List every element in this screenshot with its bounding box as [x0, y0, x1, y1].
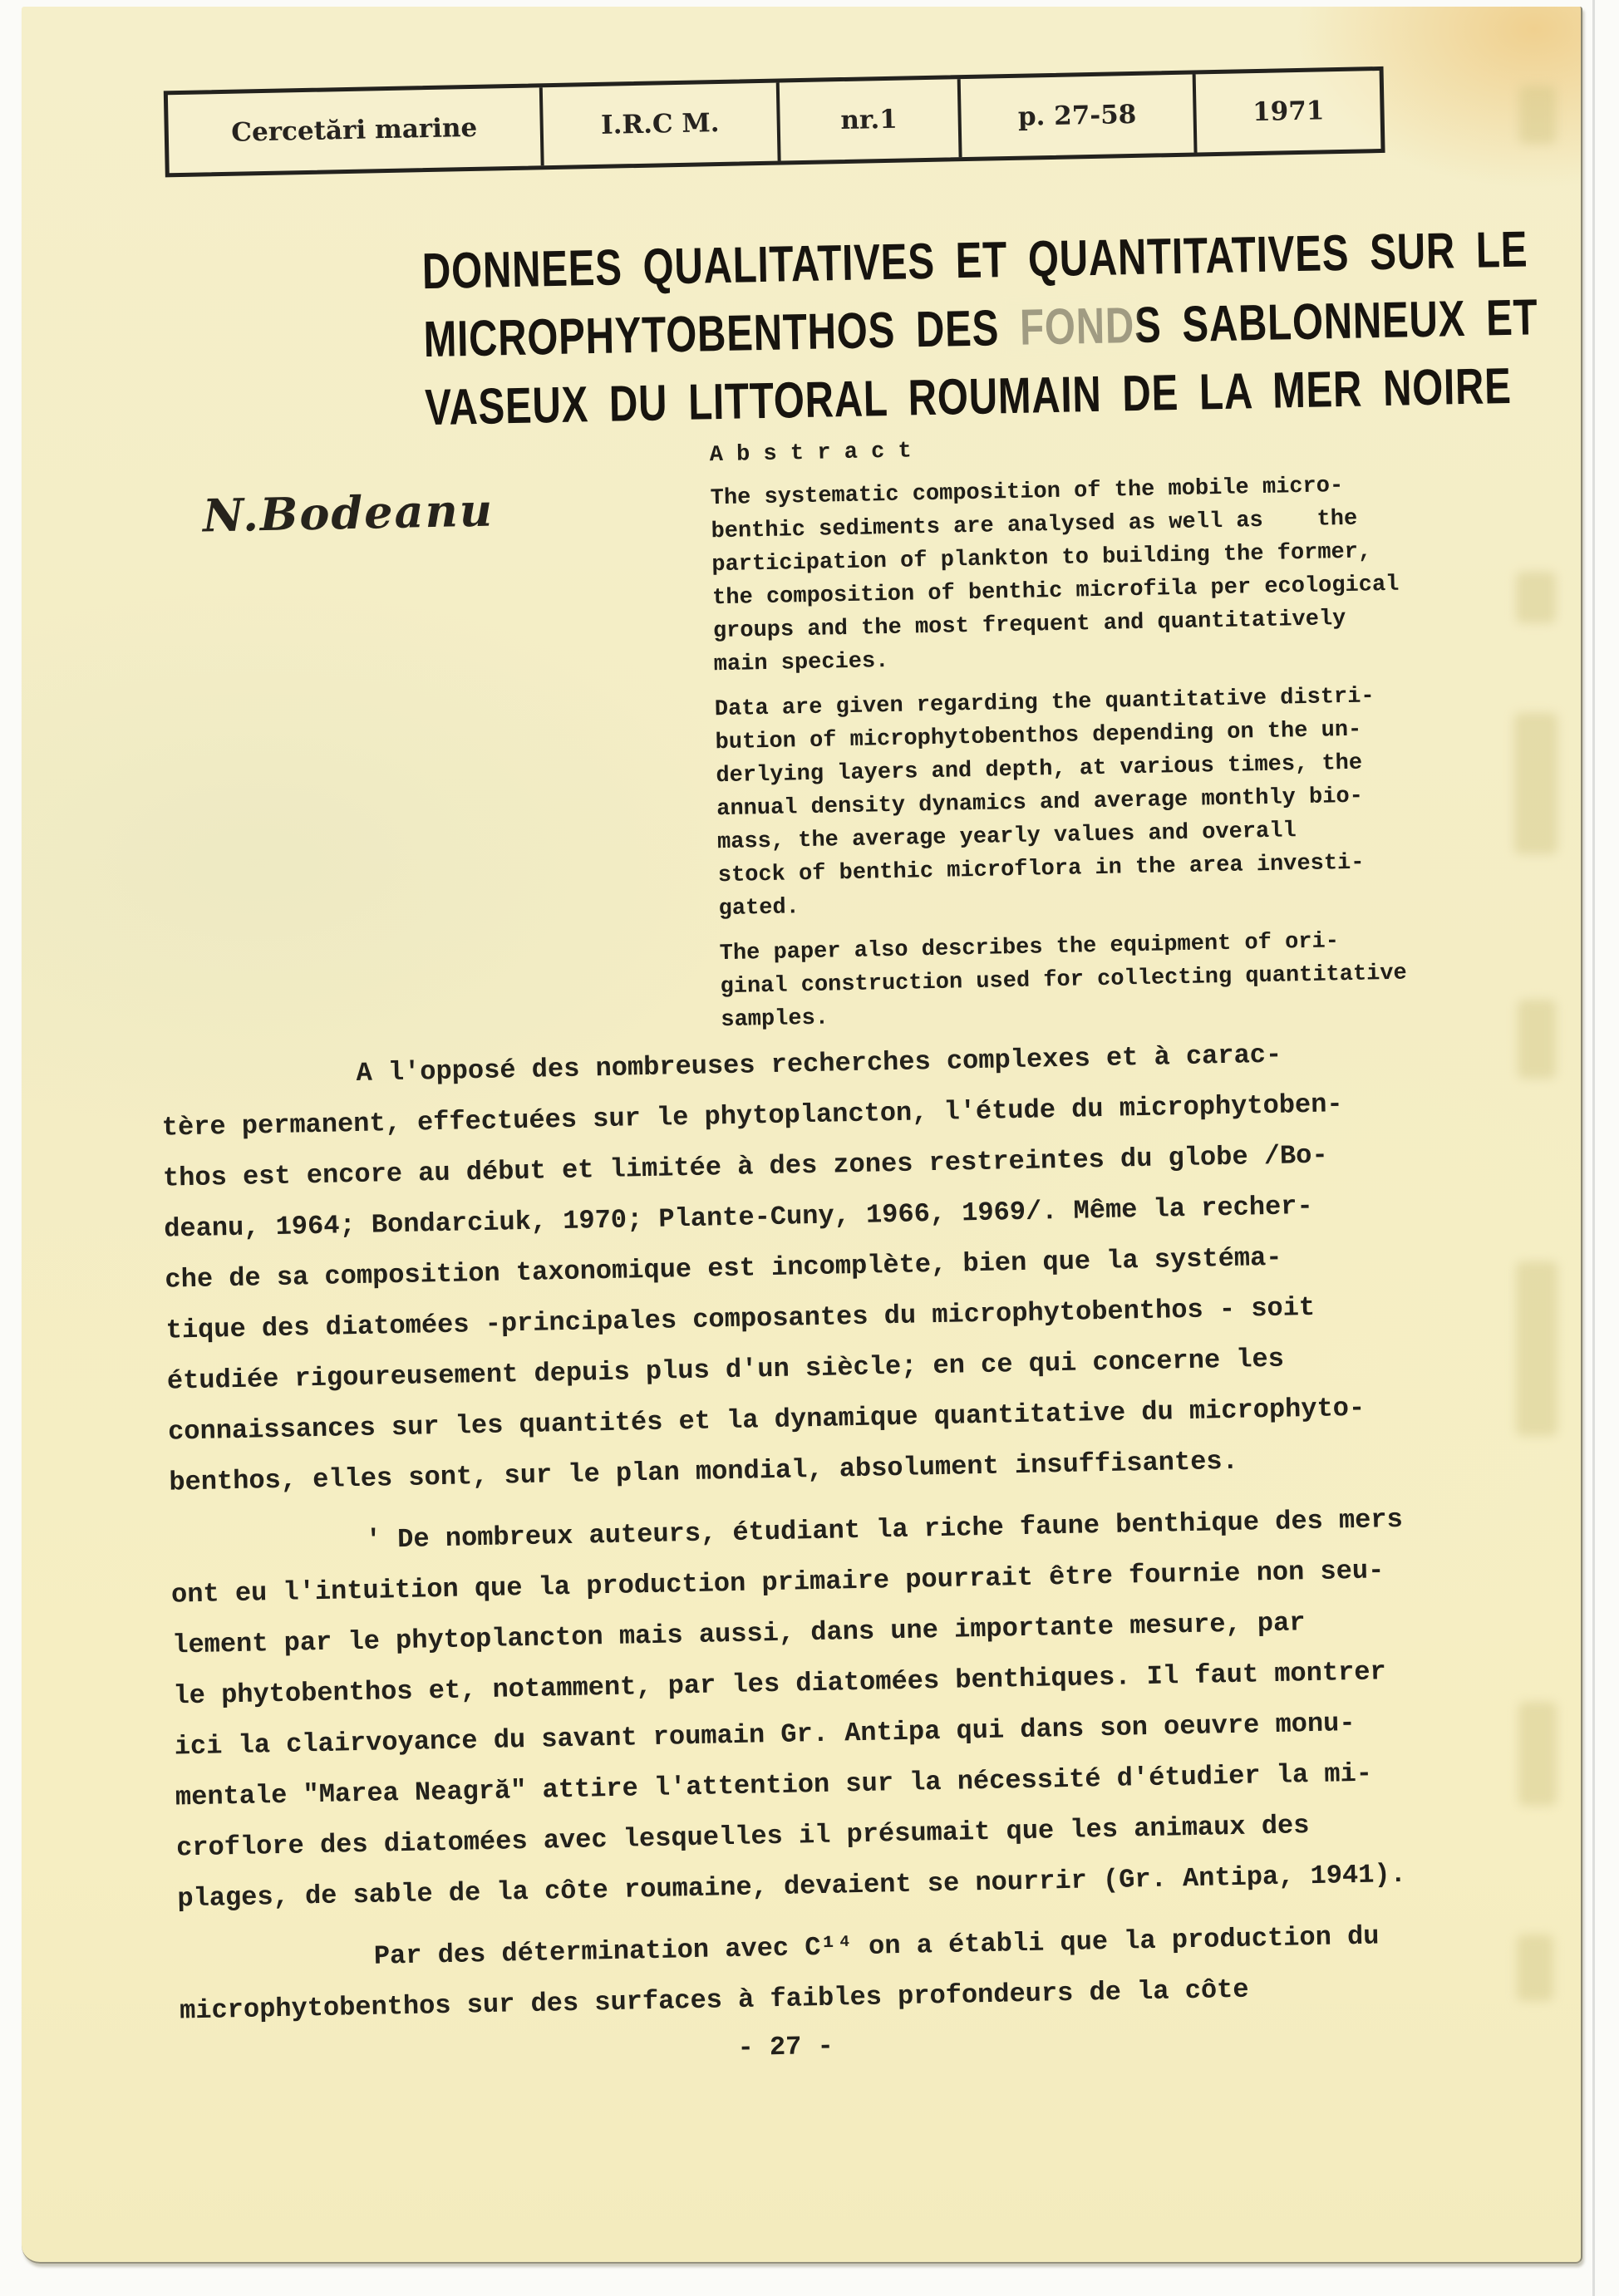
scanned-page: Cercetări marine I.R.C M. nr.1 p. 27-58 … [22, 7, 1582, 2264]
paragraph: The systematic composition of the mobile… [710, 468, 1437, 681]
abstract-section: A b s t r a c t The systematic compositi… [709, 425, 1444, 1037]
article-title: DONNEES QUALITATIVES ET QUANTITATIVES SU… [295, 217, 1446, 445]
body-text: A l'opposé des nombreuses recherches com… [160, 1026, 1459, 2037]
paragraph: Data are given regarding the quantitativ… [714, 679, 1441, 926]
abstract-paragraphs: The systematic composition of the mobile… [710, 468, 1444, 1037]
issue-number-cell: nr.1 [780, 79, 962, 160]
author-name: N.Bodeanu [202, 484, 494, 543]
paragraph: Par des détermination avec C¹⁴ on a étab… [178, 1910, 1459, 2037]
year-cell: 1971 [1196, 71, 1380, 152]
page-content: Cercetări marine I.R.C M. nr.1 p. 27-58 … [0, 0, 1604, 2278]
paragraph: The paper also describes the equipment o… [719, 923, 1444, 1037]
page-range-cell: p. 27-58 [960, 74, 1198, 157]
journal-header-table: Cercetări marine I.R.C M. nr.1 p. 27-58 … [164, 66, 1385, 177]
paragraph: A l'opposé des nombreuses recherches com… [160, 1026, 1449, 1508]
scan-background: { "colors": { "paper": "#f4edc4", "ink":… [0, 0, 1619, 2296]
journal-name-cell: Cercetări marine [168, 87, 544, 173]
institute-cell: I.R.C M. [543, 83, 781, 166]
print-fade-artifact [1005, 297, 1137, 355]
paragraph: ' De nombreux auteurs, étudiant la riche… [170, 1493, 1457, 1925]
